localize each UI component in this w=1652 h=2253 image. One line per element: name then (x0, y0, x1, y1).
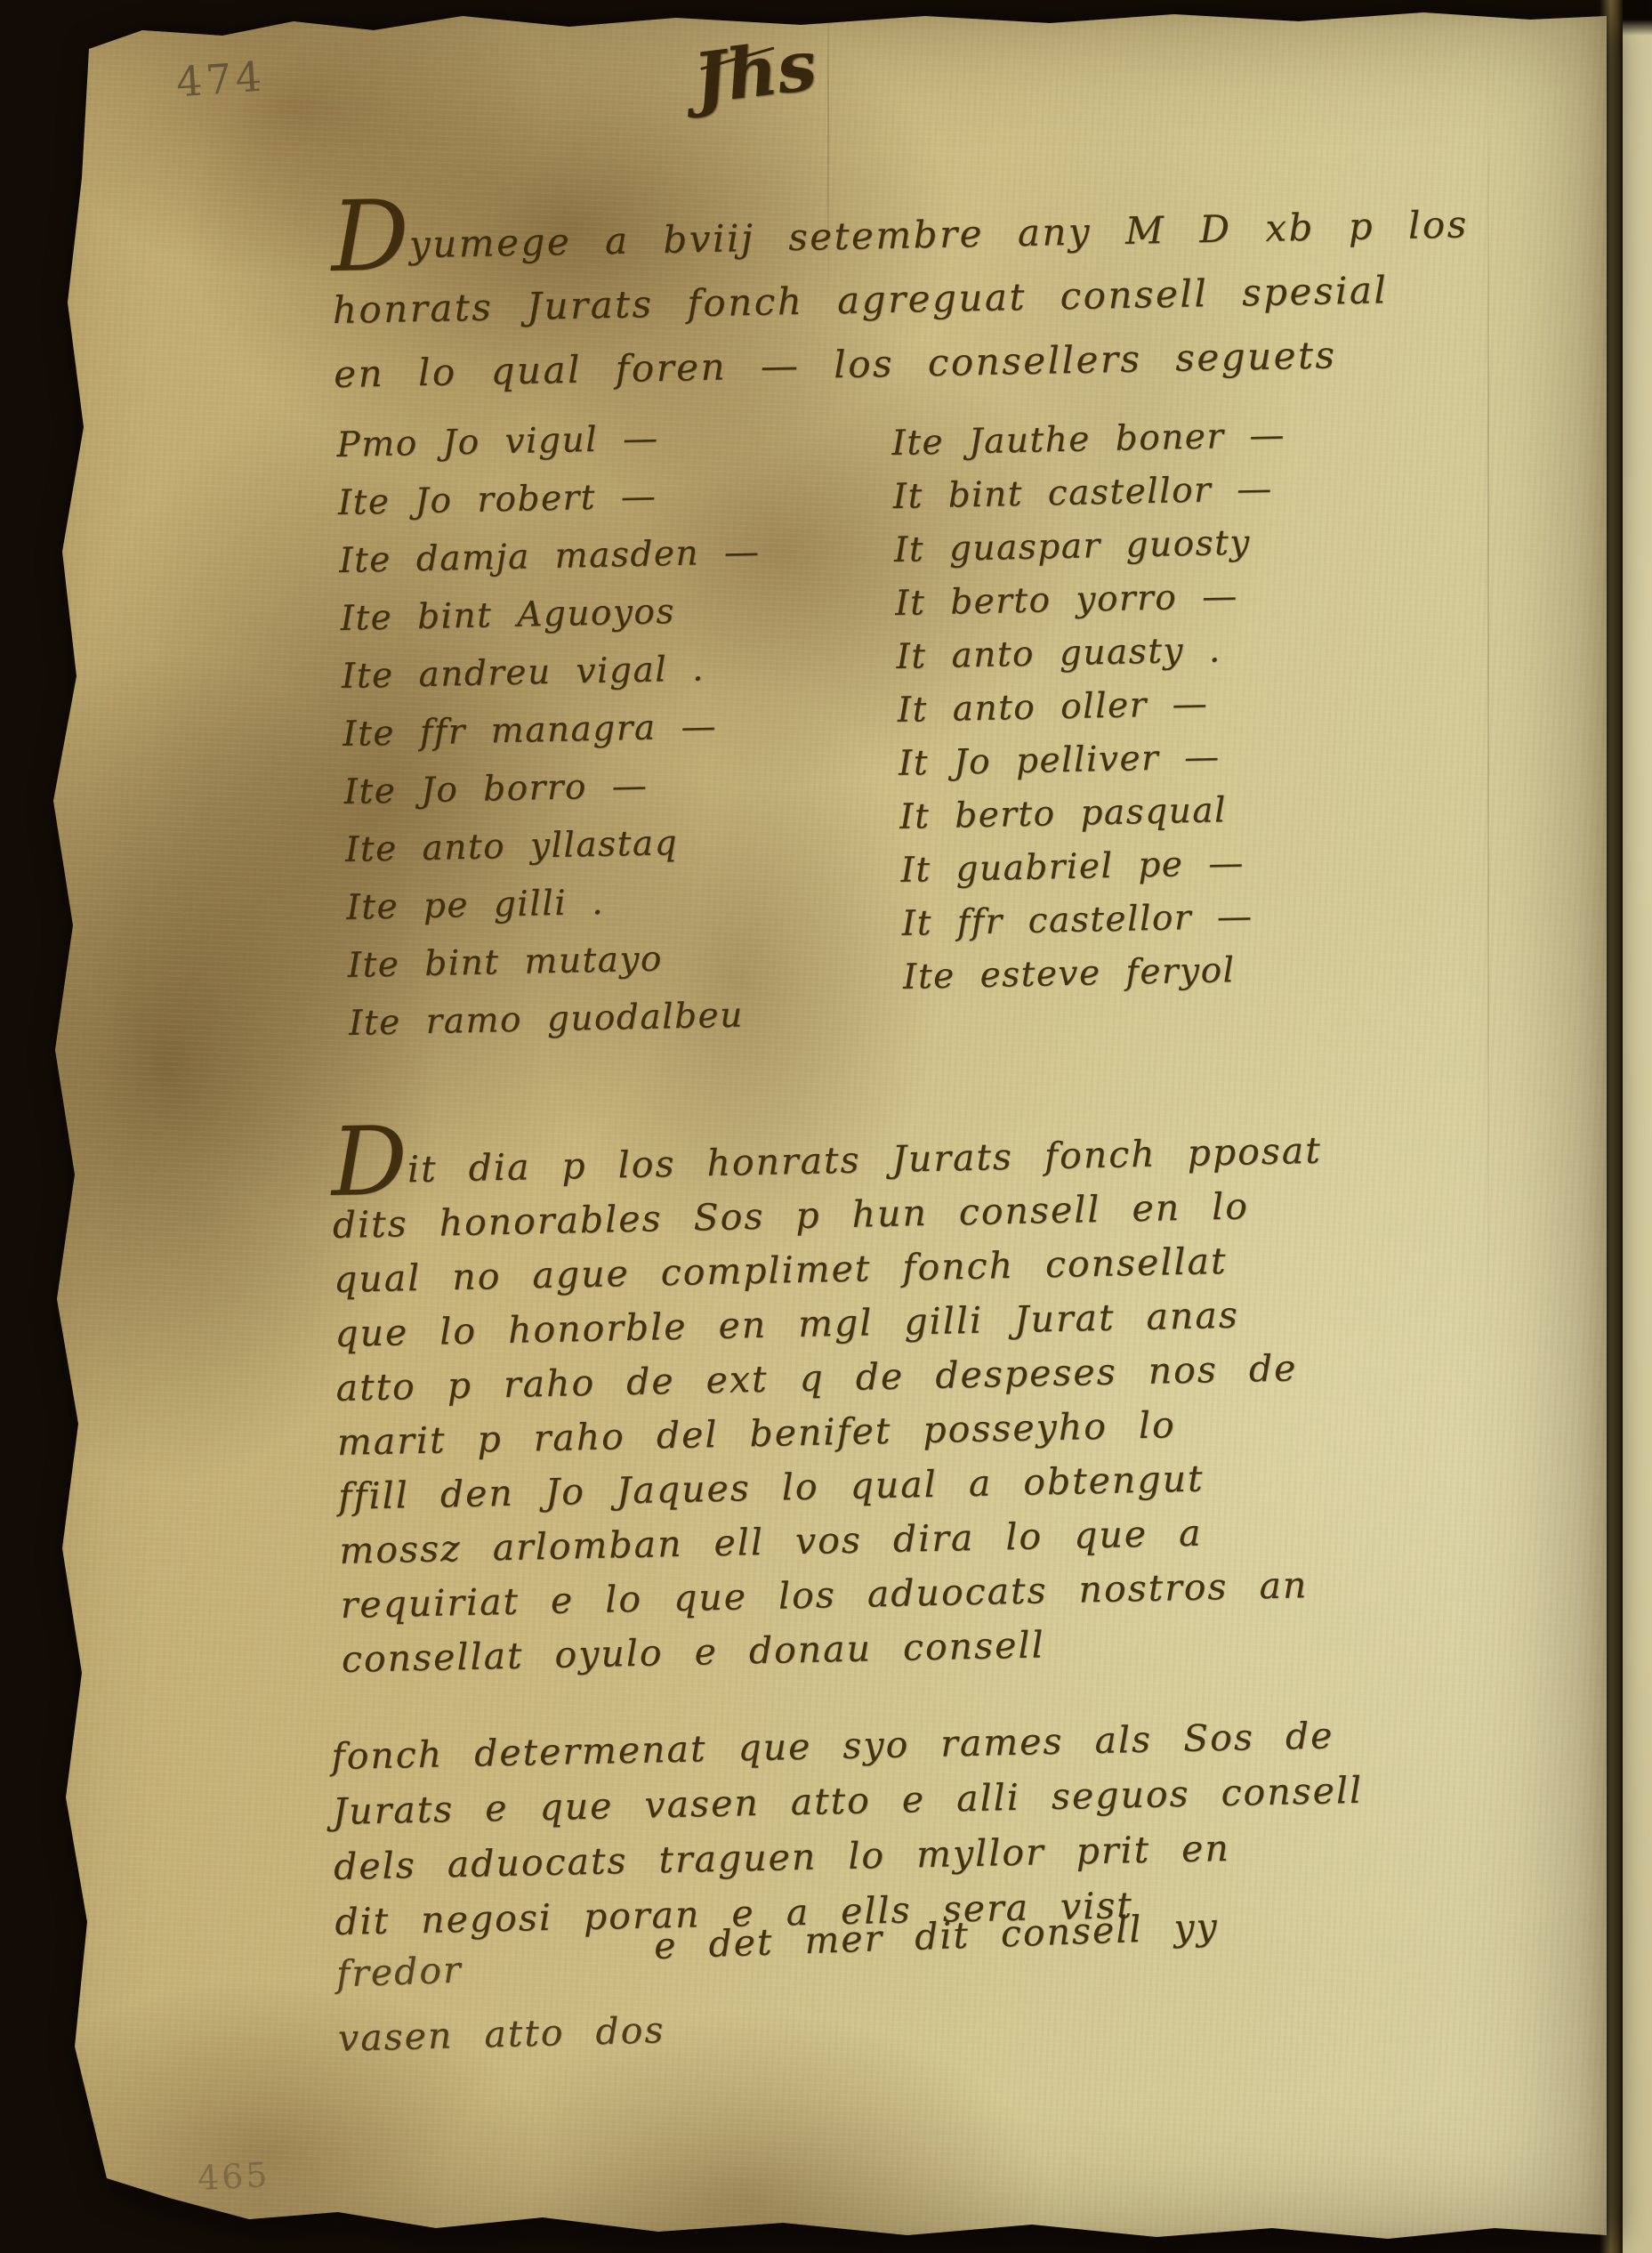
council-member: It guaspar guosty (894, 522, 1289, 584)
jhs-invocation-mark: Jhs (689, 25, 821, 120)
council-member: Ite bint Aguoyos (340, 590, 762, 657)
council-member: Ite esteve feryol (903, 949, 1298, 1011)
council-list-left-column: Pmo Jo vigul — Ite Jo robert — Ite damja… (336, 416, 770, 1062)
council-member: Ite anto yllastaq (345, 821, 768, 888)
council-member: It Jo pelliver — (899, 736, 1293, 797)
council-member: Ite ramo guodalbeu (349, 995, 771, 1062)
heading-paragraph: Dyumege a bviij setembre any M D xb p lo… (331, 202, 1471, 416)
paper-crease (1487, 36, 1489, 1370)
council-list-right-column: Ite Jauthe boner — It bint castellor — I… (891, 416, 1297, 1011)
council-member: It berto pasqual (899, 789, 1294, 851)
resolution-paragraph: Dit dia p los honrats Jurats fonch pposa… (331, 1129, 1333, 1692)
manuscript-photo: 474 Jhs Dyumege a bviij setembre any M D… (0, 0, 1652, 2253)
council-member: Ite Jauthe boner — (891, 416, 1286, 477)
council-member: Ite Jo robert — (337, 474, 760, 541)
council-member: It berto yorro — (895, 576, 1290, 637)
page-wrap: 474 Jhs Dyumege a bviij setembre any M D… (0, 0, 1652, 2253)
manuscript-page: 474 Jhs Dyumege a bviij setembre any M D… (0, 0, 1607, 2253)
final-line: vasen atto dos (337, 2008, 665, 2060)
council-member: It anto oller — (897, 682, 1292, 744)
council-member: It bint castellor — (892, 469, 1287, 530)
council-member: Ite damja masden — (339, 532, 762, 599)
council-member: Ite Jo borro — (343, 763, 766, 830)
council-member: It ffr castellor — (901, 896, 1296, 957)
council-member: It guabriel pe — (900, 843, 1295, 904)
council-member: Ite bint mutayo (347, 937, 770, 1004)
council-member: It anto guasty . (896, 629, 1291, 690)
folio-number-top: 474 (174, 52, 266, 107)
council-member: Ite pe gilli . (346, 879, 769, 946)
council-member: Ite andreu vigal . (341, 648, 763, 715)
folio-number-bottom: 465 (197, 2155, 271, 2198)
margin-word: fredor (335, 1949, 463, 1996)
council-member: Pmo Jo vigul — (336, 416, 759, 483)
council-member: Ite ffr managra — (342, 706, 765, 772)
